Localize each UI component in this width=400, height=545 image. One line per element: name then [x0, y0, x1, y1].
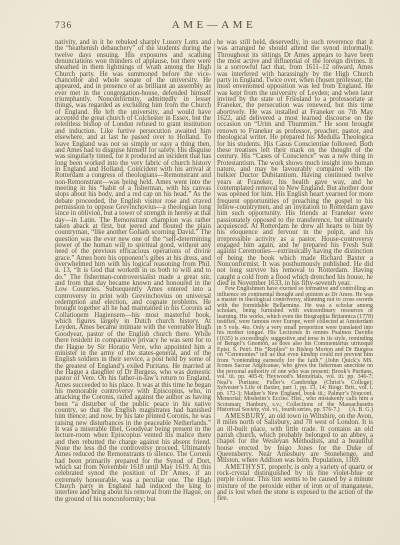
amethyst-article: AMETHYST, properly, is only a variety of…	[217, 465, 373, 503]
running-title: AME—AME	[55, 19, 373, 31]
left-column: nativity, and in it he rebuked sharply L…	[55, 40, 211, 503]
column-rule	[214, 41, 215, 503]
ames-article-left-text: nativity, and in it he rebuked sharply L…	[55, 40, 211, 503]
book-page: 736 AME—AME nativity, and in it he rebuk…	[0, 0, 400, 545]
page-header: 736 AME—AME	[55, 19, 373, 33]
amesbury-body: an old town in Wiltshire, on the Avon, 8…	[217, 413, 373, 464]
ames-bibliography-note: Few Englishmen have exerted so formative…	[217, 287, 373, 414]
text-columns: nativity, and in it he rebuked sharply L…	[55, 40, 373, 503]
ames-article-right-text: he was still held, deservedly, in such r…	[217, 40, 373, 287]
bibliography-text: Few Englishmen have exerted so formative…	[217, 286, 373, 413]
page-number: 736	[55, 21, 72, 31]
right-column: he was still held, deservedly, in such r…	[217, 40, 373, 503]
amethyst-body: properly, is only a variety of quartz or…	[217, 464, 373, 503]
amesbury-article: AMESBURY, an old town in Wiltshire, on t…	[217, 414, 373, 465]
